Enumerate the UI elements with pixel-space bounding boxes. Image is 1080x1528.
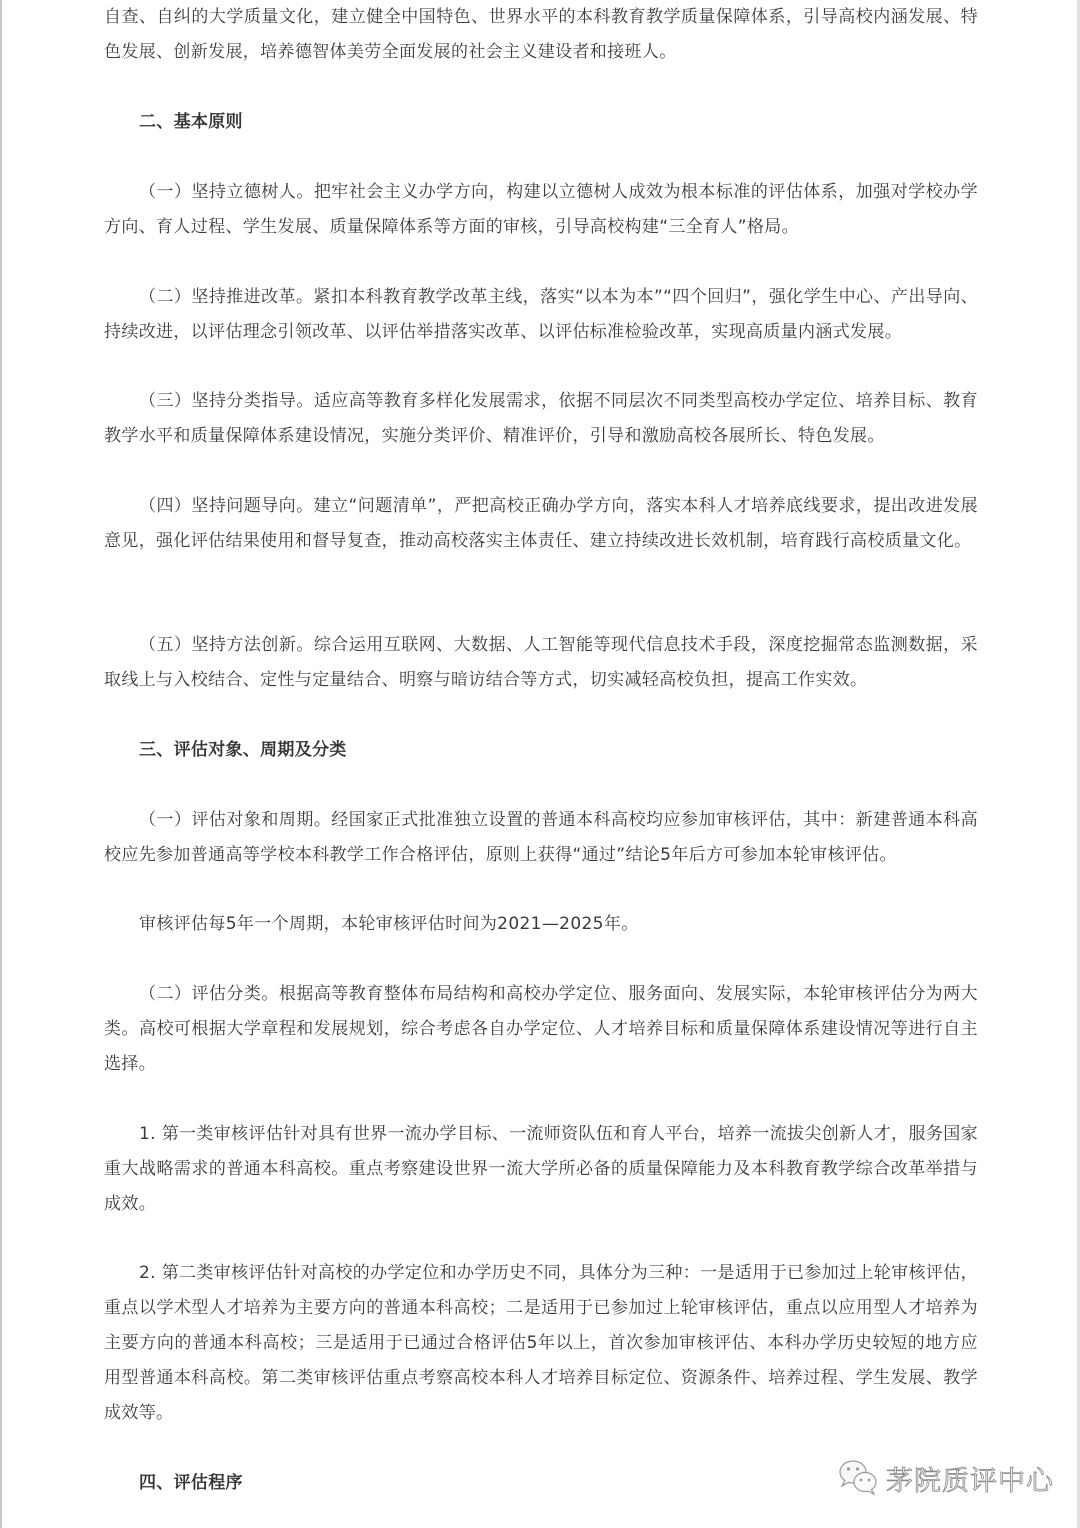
principle-1-paragraph: （一）坚持立德树人。把牢社会主义办学方向，构建以立德树人成效为根本标准的评估体系…: [104, 175, 978, 245]
scope-objects-paragraph: （一）评估对象和周期。经国家正式批准独立设置的普通本科高校均应参加审核评估，其中…: [104, 803, 978, 873]
category-2-paragraph: 2. 第二类审核评估针对高校的办学定位和办学历史不同，具体分为三种：一是适用于已…: [104, 1256, 978, 1431]
watermark-account-name: 茅院质评中心: [886, 1459, 1054, 1498]
scope-classification-paragraph: （二）评估分类。根据高等教育整体布局结构和高校办学定位、服务面向、发展实际，本轮…: [104, 977, 978, 1082]
scope-cycle-paragraph: 审核评估每5年一个周期，本轮审核评估时间为2021—2025年。: [104, 907, 978, 942]
principle-2-paragraph: （二）坚持推进改革。紧扣本科教育教学改革主线，落实“以本为本”“四个回归”，强化…: [104, 280, 978, 350]
section-heading-scope-cycle-category: 三、评估对象、周期及分类: [139, 733, 347, 768]
watermark: 茅院质评中心: [838, 1458, 1054, 1498]
left-frame-border: [0, 0, 2, 1528]
principle-3-paragraph: （三）坚持分类指导。适应高等教育多样化发展需求，依据不同层次不同类型高校办学定位…: [104, 384, 978, 454]
principle-5-paragraph: （五）坚持方法创新。综合运用互联网、大数据、人工智能等现代信息技术手段，深度挖掘…: [104, 628, 978, 698]
wechat-icon: [838, 1458, 880, 1498]
section-heading-basic-principles: 二、基本原则: [139, 105, 243, 140]
principle-4-paragraph: （四）坚持问题导向。建立“问题清单”，严把高校正确办学方向，落实本科人才培养底线…: [104, 489, 978, 559]
category-1-paragraph: 1. 第一类审核评估针对具有世界一流办学目标、一流师资队伍和育人平台，培养一流拔…: [104, 1117, 978, 1222]
intro-tail-paragraph: 自查、自纠的大学质量文化，建立健全中国特色、世界水平的本科教育教学质量保障体系，…: [104, 0, 978, 70]
section-heading-evaluation-procedure: 四、评估程序: [139, 1466, 243, 1501]
